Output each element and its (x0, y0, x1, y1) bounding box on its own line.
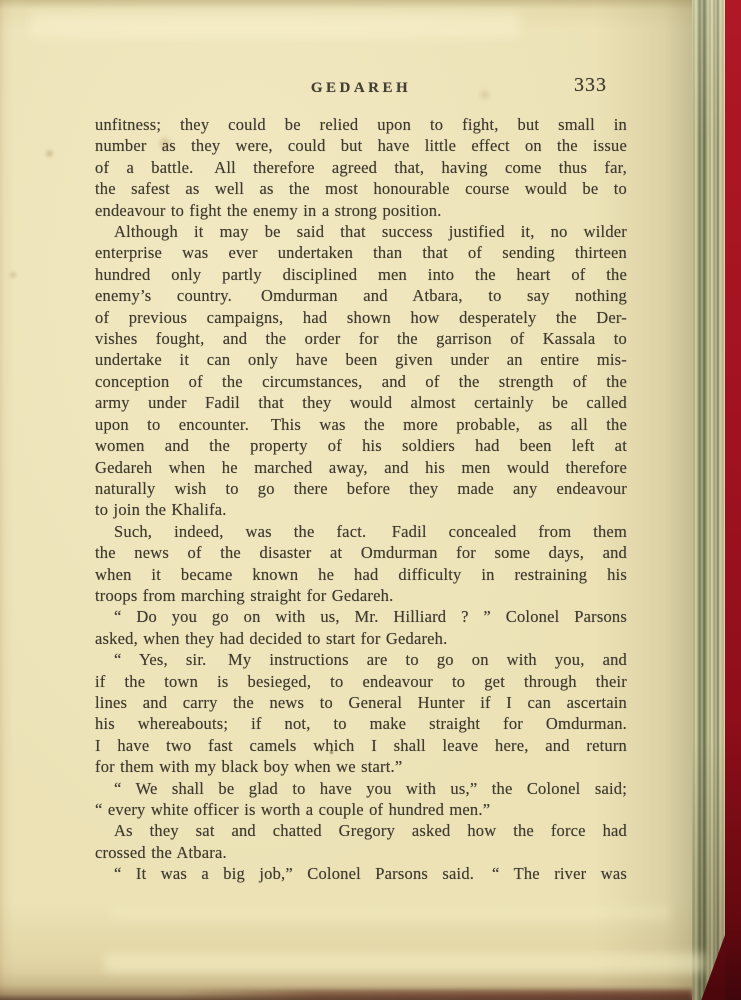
text-line: I have two fast camels which I shall lea… (95, 735, 627, 756)
page-fore-edge-stack (692, 0, 725, 1000)
scan-shadow-bottom-red (0, 990, 692, 1000)
text-line: undertake it can only have been given un… (95, 349, 627, 370)
text-line: asked, when they had decided to start fo… (95, 628, 627, 649)
text-line: upon to encounter. This was the more pro… (95, 414, 627, 435)
text-line: enemy’s country. Omdurman and Atbara, to… (95, 285, 627, 306)
text-line: the news of the disaster at Omdurman for… (95, 542, 627, 563)
text-line: troops from marching straight for Gedare… (95, 585, 627, 606)
running-title: GEDAREH (95, 80, 627, 97)
text-line: As they sat and chatted Gregory asked ho… (95, 820, 627, 841)
paragraph: Such, indeed, was the fact. Fadil concea… (95, 521, 627, 607)
text-line: “ Yes, sir. My instructions are to go on… (95, 649, 627, 670)
paper-speck (10, 272, 16, 278)
text-line: army under Fadil that they would almost … (95, 392, 627, 413)
text-line: Gedareh when he marched away, and his me… (95, 457, 627, 478)
text-line: the safest as well as the most honourabl… (95, 178, 627, 199)
text-line: for them with my black boy when we start… (95, 756, 627, 777)
page-body: unfitness; they could be relied upon to … (95, 114, 627, 885)
text-line: conception of the circumstances, and of … (95, 371, 627, 392)
text-line: when it became known he had difficulty i… (95, 564, 627, 585)
text-line: lines and carry the news to General Hunt… (95, 692, 627, 713)
paragraph: “ Do you go on with us, Mr. Hilliard ? ”… (95, 606, 627, 649)
scan-artifact-band (110, 906, 670, 920)
text-line: to join the Khalifa. (95, 499, 627, 520)
running-head: GEDAREH 333 (95, 78, 627, 114)
scan-artifact-band (105, 953, 705, 973)
text-line: number as they were, could but have litt… (95, 135, 627, 156)
text-line: hundred only partly disciplined men into… (95, 264, 627, 285)
scan-shadow-top (0, 0, 692, 9)
paragraph: “ It was a big job,” Colonel Parsons sai… (95, 863, 627, 884)
text-line: Such, indeed, was the fact. Fadil concea… (95, 521, 627, 542)
text-line: “ It was a big job,” Colonel Parsons sai… (95, 863, 627, 884)
paper-speck (46, 150, 53, 157)
paragraph: “ We shall be glad to have you with us,”… (95, 778, 627, 821)
paragraph: “ Yes, sir. My instructions are to go on… (95, 649, 627, 777)
text-line: endeavour to fight the enemy in a strong… (95, 200, 627, 221)
text-line: Although it may be said that success jus… (95, 221, 627, 242)
paragraph: Although it may be said that success jus… (95, 221, 627, 521)
page-number: 333 (574, 74, 607, 97)
text-line: if the town is besieged, to endeavour to… (95, 671, 627, 692)
text-line: of previous campaigns, had shown how des… (95, 307, 627, 328)
text-line: women and the property of his soldiers h… (95, 435, 627, 456)
scan-artifact-band (30, 12, 520, 38)
paragraph: As they sat and chatted Gregory asked ho… (95, 820, 627, 863)
book-page: GEDAREH 333 unfitness; they could be rel… (0, 0, 692, 1000)
text-line: unfitness; they could be relied upon to … (95, 114, 627, 135)
text-line: “ Do you go on with us, Mr. Hilliard ? ”… (95, 606, 627, 627)
text-line: his whereabouts; if not, to make straigh… (95, 713, 627, 734)
paragraph: unfitness; they could be relied upon to … (95, 114, 627, 221)
page-content: GEDAREH 333 unfitness; they could be rel… (95, 78, 627, 885)
text-line: vishes fought, and the order for the gar… (95, 328, 627, 349)
text-line: “ We shall be glad to have you with us,”… (95, 778, 627, 799)
scanned-book-photo: GEDAREH 333 unfitness; they could be rel… (0, 0, 741, 1000)
text-line: “ every white officer is worth a couple … (95, 799, 627, 820)
text-line: crossed the Atbara. (95, 842, 627, 863)
book-cover-edge (725, 0, 741, 1000)
text-line: naturally wish to go there before they m… (95, 478, 627, 499)
text-line: enterprise was ever undertaken than that… (95, 242, 627, 263)
text-line: of a battle. All therefore agreed that, … (95, 157, 627, 178)
